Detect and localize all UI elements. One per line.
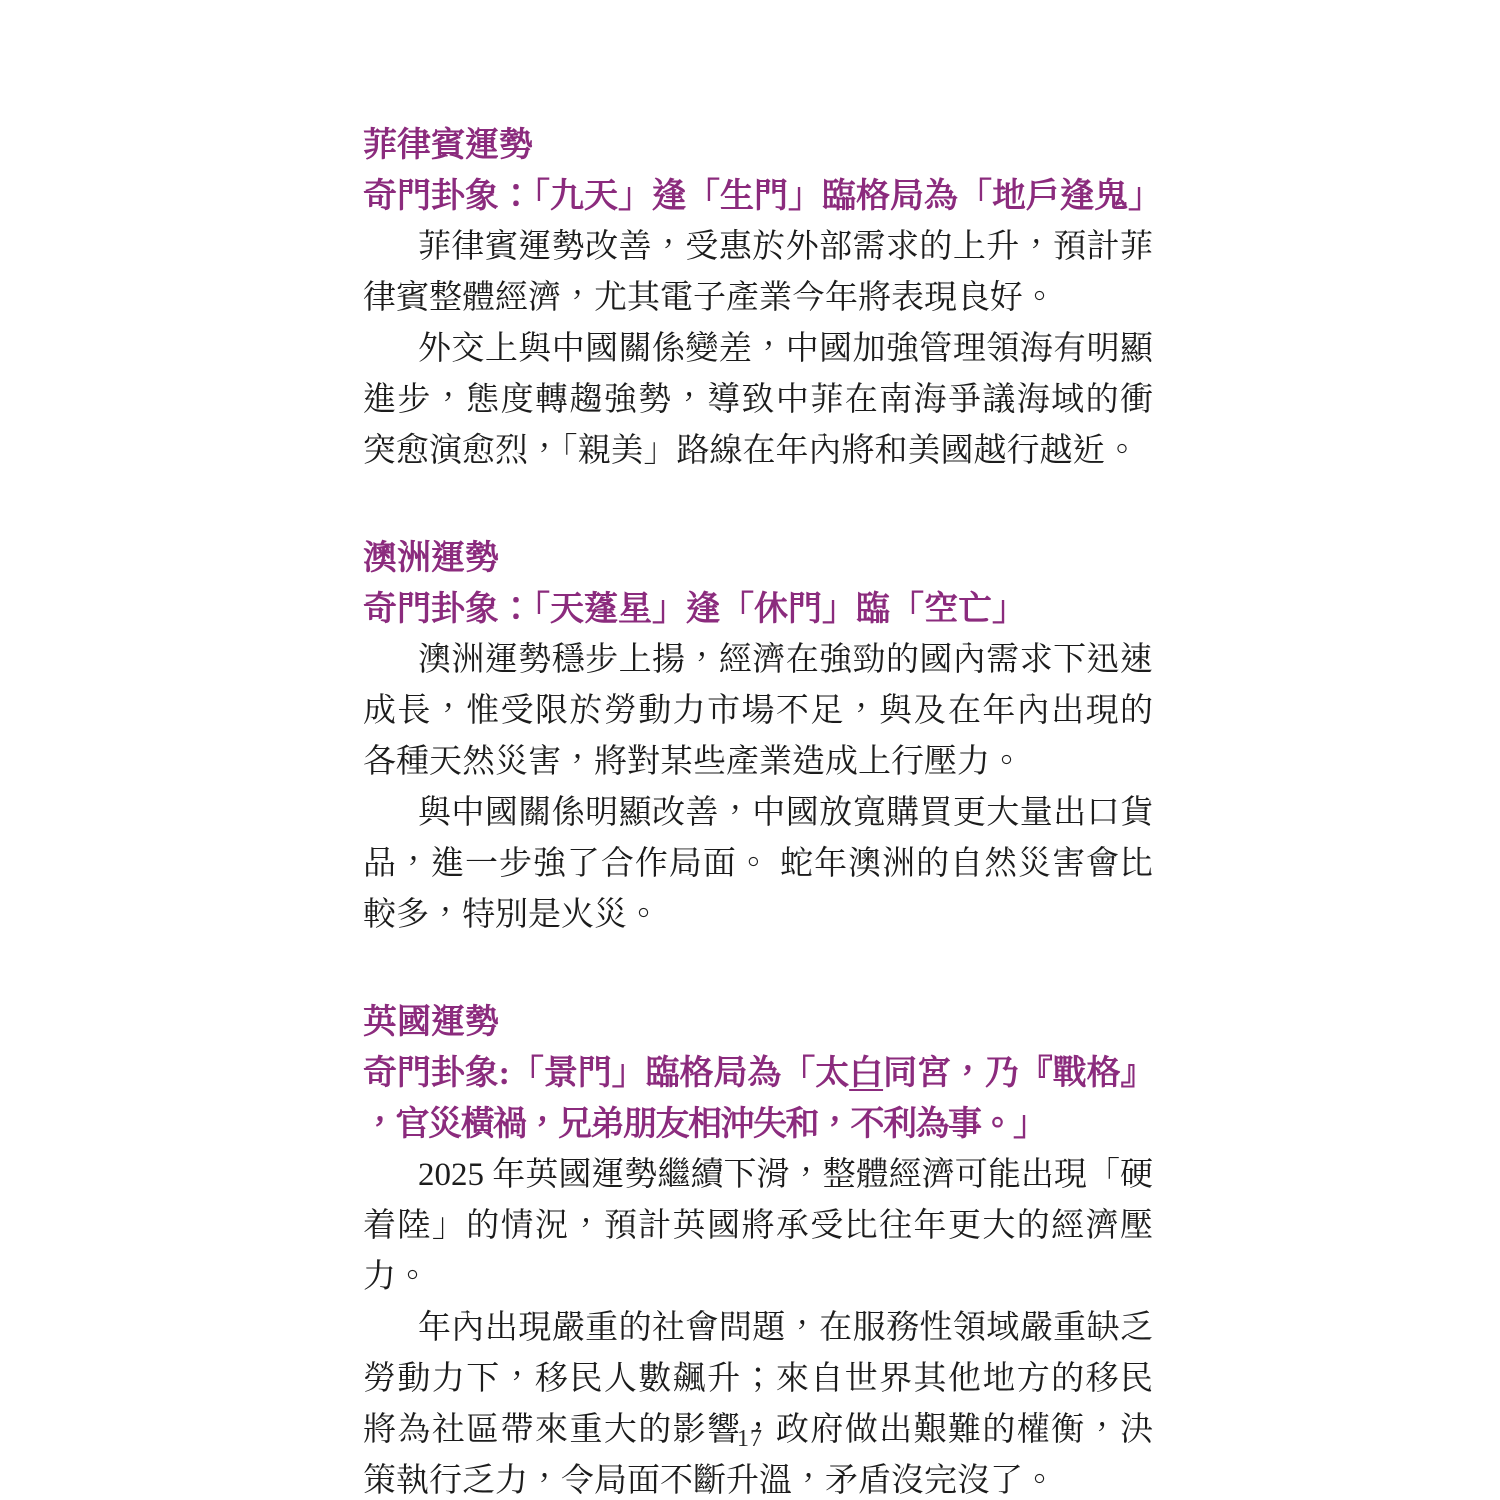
- subtitle-text: 奇門卦象:「景門」臨格局為「太: [363, 1055, 849, 1092]
- section-subtitle-uk: 奇門卦象:「景門」臨格局為「太白同宮，乃『戰格』 ，官災橫禍，兄弟朋友相沖失和，…: [363, 1048, 1153, 1150]
- book-page: 菲律賓運勢 奇門卦象：「九天」逢「生門」臨格局為「地户逢鬼」 菲律賓運勢改善，受…: [0, 0, 1500, 1500]
- section-philippines: 菲律賓運勢 奇門卦象：「九天」逢「生門」臨格局為「地户逢鬼」 菲律賓運勢改善，受…: [363, 120, 1153, 477]
- section-title-uk: 英國運勢: [363, 997, 1153, 1048]
- section-subtitle-philippines: 奇門卦象：「九天」逢「生門」臨格局為「地户逢鬼」: [363, 171, 1153, 222]
- paragraph: 菲律賓運勢改善，受惠於外部需求的上升，預計菲律賓整體經濟，尤其電子產業今年將表現…: [363, 222, 1153, 324]
- paragraph: 外交上與中國關係變差，中國加強管理領海有明顯進步，態度轉趨強勢，導致中菲在南海爭…: [363, 324, 1153, 477]
- section-australia: 澳洲運勢 奇門卦象：「天蓬星」逢「休門」臨「空亡」 澳洲運勢穩步上揚，經濟在強勁…: [363, 533, 1153, 941]
- section-subtitle-australia: 奇門卦象：「天蓬星」逢「休門」臨「空亡」: [363, 584, 1153, 635]
- underlined-char: 白: [849, 1055, 883, 1092]
- section-title-philippines: 菲律賓運勢: [363, 120, 1153, 171]
- paragraph: 年內出現嚴重的社會問題，在服務性領域嚴重缺乏勞動力下，移民人數飆升；來自世界其他…: [363, 1303, 1153, 1500]
- paragraph: 與中國關係明顯改善，中國放寬購買更大量出口貨品，進一步強了合作局面。 蛇年澳洲的…: [363, 788, 1153, 941]
- page-number: 17: [737, 1426, 763, 1452]
- section-title-australia: 澳洲運勢: [363, 533, 1153, 584]
- section-uk: 英國運勢 奇門卦象:「景門」臨格局為「太白同宮，乃『戰格』 ，官災橫禍，兄弟朋友…: [363, 997, 1153, 1500]
- paragraph: 2025 年英國運勢繼續下滑，整體經濟可能出現「硬着陸」的情況，預計英國將承受比…: [363, 1150, 1153, 1303]
- page-content: 菲律賓運勢 奇門卦象：「九天」逢「生門」臨格局為「地户逢鬼」 菲律賓運勢改善，受…: [363, 120, 1153, 1500]
- paragraph: 澳洲運勢穩步上揚，經濟在強勁的國內需求下迅速成長，惟受限於勞動力市場不足，與及在…: [363, 635, 1153, 788]
- page-footer: 17: [0, 1426, 1500, 1453]
